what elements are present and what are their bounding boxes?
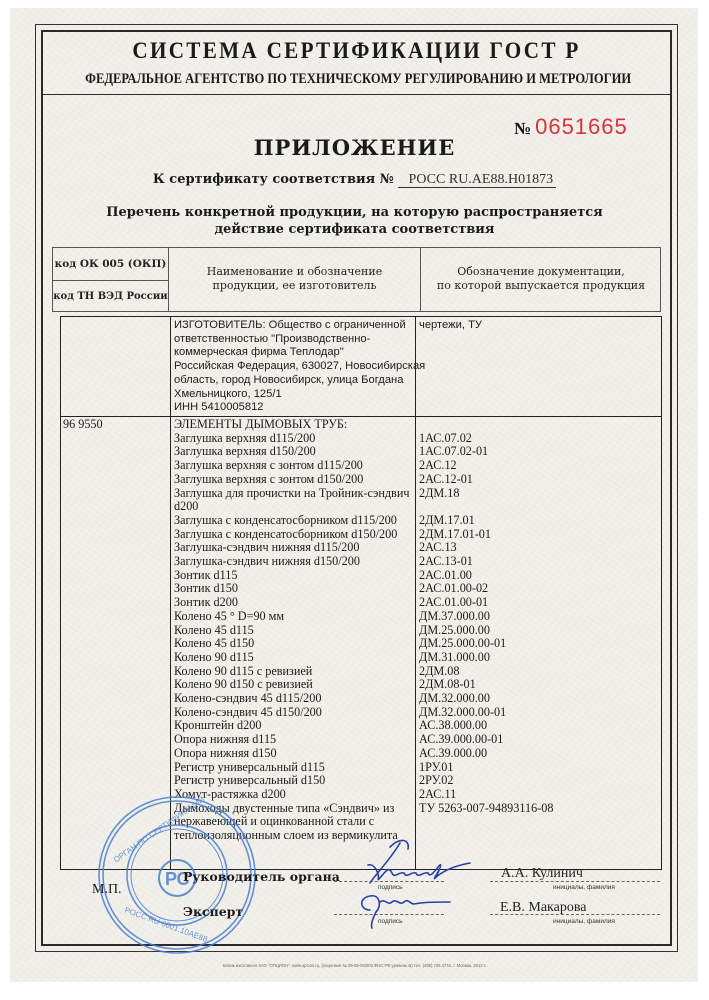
product-doc: 1АС.07.02-01	[419, 445, 553, 459]
product-doc: 2ДМ.08-01	[419, 678, 553, 692]
product-name: Заглушка верхняя с зонтом d115/200	[174, 459, 409, 473]
product-name: Колено-сэндвич 45 d150/200	[174, 706, 409, 720]
header-name-line1: Наименование и обозначение	[169, 265, 420, 279]
manufacturer-line: коммерческая фирма Теплодар"	[174, 346, 425, 360]
product-name: Опора нижняя d150	[174, 747, 409, 761]
product-doc: ДМ.25.000.00-01	[419, 637, 553, 651]
product-docs: 1АС.07.02 1АС.07.02-01 2АС.12 2АС.12-01 …	[419, 418, 553, 815]
product-name: Колено 90 d115 с ревизией	[174, 665, 409, 679]
product-name: Заглушка верхняя d150/200	[174, 445, 409, 459]
print-note: Бланк изготовлен ЗАО "ОПЦИОН", www.opcio…	[0, 963, 709, 968]
list-title-line2: действие сертификата соответствия	[0, 221, 709, 238]
expert-name: Е.В. Макарова	[500, 900, 587, 916]
cert-ref-value: РОСС RU.АЕ88.Н01873	[398, 172, 556, 188]
product-doc: 2АС.12-01	[419, 473, 553, 487]
product-doc: ДМ.32.000.00	[419, 692, 553, 706]
product-doc: АС.39.000.00-01	[419, 733, 553, 747]
expert-signature-icon	[330, 880, 460, 930]
product-doc: 2РУ.02	[419, 774, 553, 788]
header-product-name: Наименование и обозначение продукции, ее…	[169, 248, 421, 312]
product-name: Колено 45 d150	[174, 637, 409, 651]
product-name: Опора нижняя d115	[174, 733, 409, 747]
list-title-line1: Перечень конкретной продукции, на котору…	[0, 204, 709, 221]
product-doc: 2ДМ.17.01	[419, 514, 553, 528]
product-doc: 2ДМ.18	[419, 487, 553, 501]
product-name: Зонтик d115	[174, 569, 409, 583]
header-doc-line1: Обозначение документации,	[421, 265, 661, 279]
product-table: ИЗГОТОВИТЕЛЬ: Общество с ограниченной от…	[60, 316, 662, 870]
product-name: Заглушка верхняя с зонтом d150/200	[174, 473, 409, 487]
product-name: Зонтик d200	[174, 596, 409, 610]
product-name: Колено-сэндвич 45 d115/200	[174, 692, 409, 706]
product-name: Регистр универсальный d115	[174, 761, 409, 775]
product-name: Зонтик d150	[174, 582, 409, 596]
product-doc	[419, 500, 553, 514]
product-doc: 2ДМ.08	[419, 665, 553, 679]
product-name: Колено 90 d115	[174, 651, 409, 665]
manufacturer-line: Российская Федерация, 630027, Новосибирс…	[174, 360, 425, 374]
product-name: Заглушка-сэндвич нижняя d150/200	[174, 555, 409, 569]
product-heading: ЭЛЕМЕНТЫ ДЫМОВЫХ ТРУБ:	[174, 418, 409, 432]
manufacturer-documentation: чертежи, ТУ	[419, 319, 482, 333]
product-name: Заглушка верхняя d115/200	[174, 432, 409, 446]
column-header-table: код ОК 005 (ОКП) код ТН ВЭД России Наиме…	[52, 247, 661, 312]
product-doc: ТУ 5263-007-94893116-08	[419, 802, 553, 816]
product-doc: ДМ.32.000.00-01	[419, 706, 553, 720]
manufacturer-line: Хмельницкого, 125/1	[174, 388, 425, 402]
product-doc: АС.39.000.00	[419, 747, 553, 761]
product-doc: 1РУ.01	[419, 761, 553, 775]
product-name: Заглушка-сэндвич нижняя d115/200	[174, 541, 409, 555]
product-doc: 1АС.07.02	[419, 432, 553, 446]
product-doc: АС.38.000.00	[419, 719, 553, 733]
manufacturer-line: ответственностью "Производственно-	[174, 333, 425, 347]
manufacturer-line: ИЗГОТОВИТЕЛЬ: Общество с ограниченной	[174, 319, 425, 333]
header-name-line2: продукции, ее изготовитель	[169, 279, 420, 293]
product-name: Заглушка для прочистки на Тройник-сэндви…	[174, 487, 409, 501]
header-documentation: Обозначение документации, по которой вып…	[421, 248, 661, 312]
head-name: А.А. Кулинич	[501, 866, 583, 882]
certificate-header: СИСТЕМА СЕРТИФИКАЦИИ ГОСТ Р ФЕДЕРАЛЬНОЕ …	[41, 30, 672, 95]
header-code-tnved: код ТН ВЭД России	[53, 281, 169, 312]
expert-name-caption: инициалы, фамилия	[553, 918, 615, 925]
manufacturer-line: ИНН 5410005812	[174, 401, 425, 415]
agency-name: ФЕДЕРАЛЬНОЕ АГЕНТСТВО ПО ТЕХНИЧЕСКОМУ РЕ…	[85, 71, 628, 88]
product-name: Заглушка с конденсатосборником d150/200	[174, 528, 409, 542]
row-divider	[61, 416, 661, 417]
manufacturer-line: область, город Новосибирск, улица Богдан…	[174, 374, 425, 388]
product-doc: 2АС.13	[419, 541, 553, 555]
product-doc: 2АС.13-01	[419, 555, 553, 569]
product-names: ЭЛЕМЕНТЫ ДЫМОВЫХ ТРУБ: Заглушка верхняя …	[174, 418, 409, 843]
column-divider	[170, 317, 171, 869]
product-doc: 2ДМ.17.01-01	[419, 528, 553, 542]
svg-text:ОРГАН ПО СЕРТИФИКАЦИИ: ОРГАН ПО СЕРТИФИКАЦИИ	[112, 794, 207, 864]
appendix-title: ПРИЛОЖЕНИЕ	[0, 135, 709, 160]
product-doc: 2АС.12	[419, 459, 553, 473]
stamp-place-mark: М.П.	[92, 882, 122, 898]
product-code: 96 9550	[63, 418, 103, 432]
head-name-caption: инициалы, фамилия	[553, 884, 615, 891]
certificate-reference: К сертификату соответствия № РОСС RU.АЕ8…	[0, 172, 709, 188]
product-name: Регистр универсальный d150	[174, 774, 409, 788]
cert-ref-label: К сертификату соответствия №	[153, 172, 394, 187]
manufacturer-info: ИЗГОТОВИТЕЛЬ: Общество с ограниченной от…	[174, 319, 425, 415]
head-label: Руководитель органа	[183, 869, 340, 884]
product-doc: 2АС.01.00	[419, 569, 553, 583]
product-doc: ДМ.31.000.00	[419, 651, 553, 665]
product-list-title: Перечень конкретной продукции, на котору…	[0, 204, 709, 238]
expert-label: Эксперт	[183, 904, 243, 919]
header-doc-line2: по которой выпускается продукция	[421, 279, 661, 293]
product-doc: 2АС.01.00-02	[419, 582, 553, 596]
product-name: Колено 45 d115	[174, 624, 409, 638]
product-doc: 2АС.11	[419, 788, 553, 802]
product-doc: 2АС.01.00-01	[419, 596, 553, 610]
product-name: Заглушка с конденсатосборником d115/200	[174, 514, 409, 528]
product-name: d200	[174, 500, 409, 514]
product-name: Колено 45 ° D=90 мм	[174, 610, 409, 624]
product-name: Кронштейн d200	[174, 719, 409, 733]
product-doc: ДМ.25.000.00	[419, 624, 553, 638]
header-code-okp: код ОК 005 (ОКП)	[53, 248, 169, 281]
product-doc: ДМ.37.000.00	[419, 610, 553, 624]
system-title: СИСТЕМА СЕРТИФИКАЦИИ ГОСТ Р	[66, 38, 647, 64]
product-name: Колено 90 d150 с ревизией	[174, 678, 409, 692]
